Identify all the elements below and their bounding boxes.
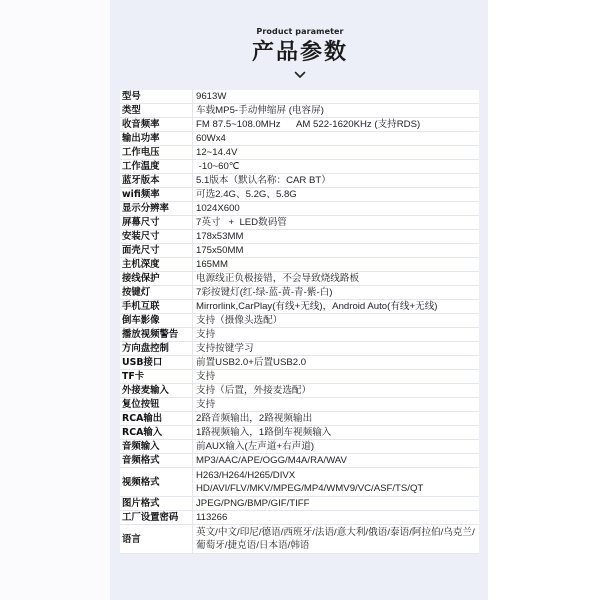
spec-label: 方向盘控制: [120, 342, 193, 356]
spec-label: 显示分辨率: [120, 202, 193, 216]
table-row: 复位按钮支持: [120, 398, 479, 412]
spec-value: 可选2.4G、5.2G、5.8G: [193, 188, 480, 202]
spec-label: 收音频率: [120, 118, 193, 132]
table-row: 类型车载MP5-手动伸缩屏 (电容屏): [120, 104, 479, 118]
spec-label: 按键灯: [120, 286, 193, 300]
table-row: RCA输出2路音频输出，2路视频输出: [120, 412, 479, 426]
spec-label: 复位按钮: [120, 398, 193, 412]
table-row: wifi频率可选2.4G、5.2G、5.8G: [120, 188, 479, 202]
spec-label: 屏幕尺寸: [120, 216, 193, 230]
table-row: TF卡支持: [120, 370, 479, 384]
spec-value: 165MM: [193, 258, 480, 272]
spec-label: wifi频率: [120, 188, 193, 202]
spec-label: 面壳尺寸: [120, 244, 193, 258]
table-row: 工作温度 -10~60℃: [120, 160, 479, 174]
table-row: 外接麦输入支持（后置，外接麦选配）: [120, 384, 479, 398]
spec-value: 支持按键学习: [193, 342, 480, 356]
spec-label: 播放视频警告: [120, 328, 193, 342]
spec-label: 主机深度: [120, 258, 193, 272]
spec-value: 支持: [193, 328, 480, 342]
spec-value: FM 87.5~108.0MHz AM 522-1620KHz (支持RDS): [193, 118, 480, 132]
spec-value: 178x53MM: [193, 230, 480, 244]
spec-value: Mirrorlink,CarPlay(有线+无线)，Android Auto(有…: [193, 300, 480, 314]
spec-label: 接线保护: [120, 272, 193, 286]
table-row: 主机深度165MM: [120, 258, 479, 272]
table-row: 音频格式MP3/AAC/APE/OGG/M4A/RA/WAV: [120, 454, 479, 468]
table-row: 安装尺寸178x53MM: [120, 230, 479, 244]
spec-value: 支持（后置，外接麦选配）: [193, 384, 480, 398]
spec-value: 113266: [193, 511, 480, 525]
table-row: 收音频率FM 87.5~108.0MHz AM 522-1620KHz (支持R…: [120, 118, 479, 132]
spec-table: 型号9613W 类型车载MP5-手动伸缩屏 (电容屏) 收音频率FM 87.5~…: [120, 90, 479, 554]
spec-value: 1024X600: [193, 202, 480, 216]
table-row: 输出功率60Wx4: [120, 132, 479, 146]
chevron-down-icon: [294, 71, 306, 79]
spec-label: 安装尺寸: [120, 230, 193, 244]
section-subtitle: Product parameter: [0, 27, 600, 36]
spec-label: 工厂设置密码: [120, 511, 193, 525]
spec-label: 输出功率: [120, 132, 193, 146]
spec-value: 2路音频输出，2路视频输出: [193, 412, 480, 426]
table-row: 接线保护电源线正负极接错，不会导致烧线路板: [120, 272, 479, 286]
right-margin: [488, 0, 600, 600]
spec-label: 图片格式: [120, 497, 193, 511]
spec-label: 手机互联: [120, 300, 193, 314]
spec-value: 175x50MM: [193, 244, 480, 258]
table-row: 工厂设置密码113266: [120, 511, 479, 525]
spec-value: 支持（摄像头选配）: [193, 314, 480, 328]
spec-value: 12~14.4V: [193, 146, 480, 160]
table-row: 视频格式H263/H264/H265/DIVX HD/AVI/FLV/MKV/M…: [120, 468, 479, 497]
table-row: 播放视频警告支持: [120, 328, 479, 342]
spec-label: 外接麦输入: [120, 384, 193, 398]
spec-value: 支持: [193, 398, 480, 412]
spec-label: 工作电压: [120, 146, 193, 160]
spec-value: 7彩按键灯(红-绿-蓝-黄-青-紫-白): [193, 286, 480, 300]
spec-value: MP3/AAC/APE/OGG/M4A/RA/WAV: [193, 454, 480, 468]
spec-label: RCA输出: [120, 412, 193, 426]
spec-label: 音频输入: [120, 440, 193, 454]
spec-value: H263/H264/H265/DIVX HD/AVI/FLV/MKV/MPEG/…: [193, 468, 480, 497]
spec-label: 工作温度: [120, 160, 193, 174]
table-row: 工作电压12~14.4V: [120, 146, 479, 160]
table-row: 手机互联Mirrorlink,CarPlay(有线+无线)，Android Au…: [120, 300, 479, 314]
spec-label: 型号: [120, 90, 193, 104]
table-row: 方向盘控制支持按键学习: [120, 342, 479, 356]
spec-value: 5.1版本（默认名称：CAR BT）: [193, 174, 480, 188]
spec-value: JPEG/PNG/BMP/GIF/TIFF: [193, 497, 480, 511]
table-row: 倒车影像支持（摄像头选配）: [120, 314, 479, 328]
spec-label: USB接口: [120, 356, 193, 370]
spec-label: 视频格式: [120, 468, 193, 497]
spec-value: -10~60℃: [193, 160, 480, 174]
spec-value: 9613W: [193, 90, 480, 104]
spec-label: 类型: [120, 104, 193, 118]
table-row: USB接口前置USB2.0+后置USB2.0: [120, 356, 479, 370]
section-title: 产品参数: [0, 39, 600, 67]
spec-value: 前AUX输入(左声道+右声道): [193, 440, 480, 454]
spec-label: 音频格式: [120, 454, 193, 468]
table-row: 型号9613W: [120, 90, 479, 104]
spec-label: TF卡: [120, 370, 193, 384]
spec-value: 支持: [193, 370, 480, 384]
table-row: 语言英文/中文/印尼/德语/西班牙/法语/意大利/俄语/泰语/阿拉伯/乌克兰/葡…: [120, 525, 479, 554]
spec-value: 1路视频输入，1路倒车视频输入: [193, 426, 480, 440]
spec-value: 7英寸 + LED数码管: [193, 216, 480, 230]
table-row: 面壳尺寸175x50MM: [120, 244, 479, 258]
spec-label: 倒车影像: [120, 314, 193, 328]
spec-value: 电源线正负极接错，不会导致烧线路板: [193, 272, 480, 286]
table-row: RCA输入1路视频输入，1路倒车视频输入: [120, 426, 479, 440]
spec-value: 前置USB2.0+后置USB2.0: [193, 356, 480, 370]
spec-value: 英文/中文/印尼/德语/西班牙/法语/意大利/俄语/泰语/阿拉伯/乌克兰/葡萄牙…: [193, 525, 480, 554]
spec-label: RCA输入: [120, 426, 193, 440]
table-row: 屏幕尺寸7英寸 + LED数码管: [120, 216, 479, 230]
spec-label: 语言: [120, 525, 193, 554]
table-row: 音频输入前AUX输入(左声道+右声道): [120, 440, 479, 454]
table-row: 图片格式JPEG/PNG/BMP/GIF/TIFF: [120, 497, 479, 511]
table-row: 蓝牙版本5.1版本（默认名称：CAR BT）: [120, 174, 479, 188]
table-row: 按键灯7彩按键灯(红-绿-蓝-黄-青-紫-白): [120, 286, 479, 300]
spec-value: 60Wx4: [193, 132, 480, 146]
spec-value: 车载MP5-手动伸缩屏 (电容屏): [193, 104, 480, 118]
table-row: 显示分辨率1024X600: [120, 202, 479, 216]
spec-label: 蓝牙版本: [120, 174, 193, 188]
